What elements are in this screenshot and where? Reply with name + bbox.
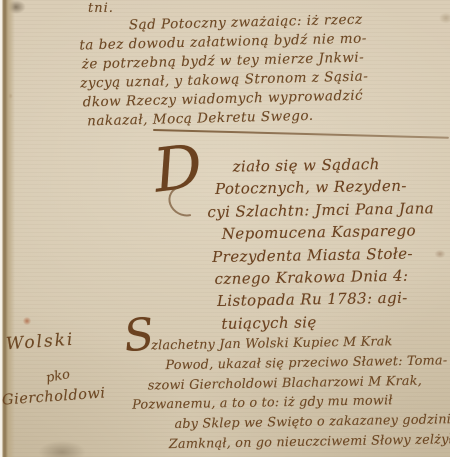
case-entry-paragraph: zlachetny Jan Wolski Kupiec M Krak Powod… — [131, 331, 450, 455]
manuscript-page: tni. Sąd Potoczny zważaiąc: iż rzecz ta … — [0, 0, 450, 457]
heading-line: Nepomucena Kasparego — [222, 219, 450, 245]
carryover-word-fragment: tni. — [88, 1, 114, 16]
margin-note-versus: pko — [45, 367, 71, 386]
margin-note-defendant: Giercholdowi — [2, 385, 106, 408]
decree-paragraph: Sąd Potoczny zważaiąc: iż rzecz ta bez d… — [77, 8, 450, 131]
torn-left-edge — [0, 0, 15, 457]
margin-note-plaintiff: Wolski — [5, 330, 75, 355]
dateline-heading-paragraph: ziało się w Sądach Potocznych, w Rezyden… — [206, 152, 450, 335]
entry-line: Zamknął, on go nieuczciwemi Słowy zelżył… — [169, 430, 450, 455]
